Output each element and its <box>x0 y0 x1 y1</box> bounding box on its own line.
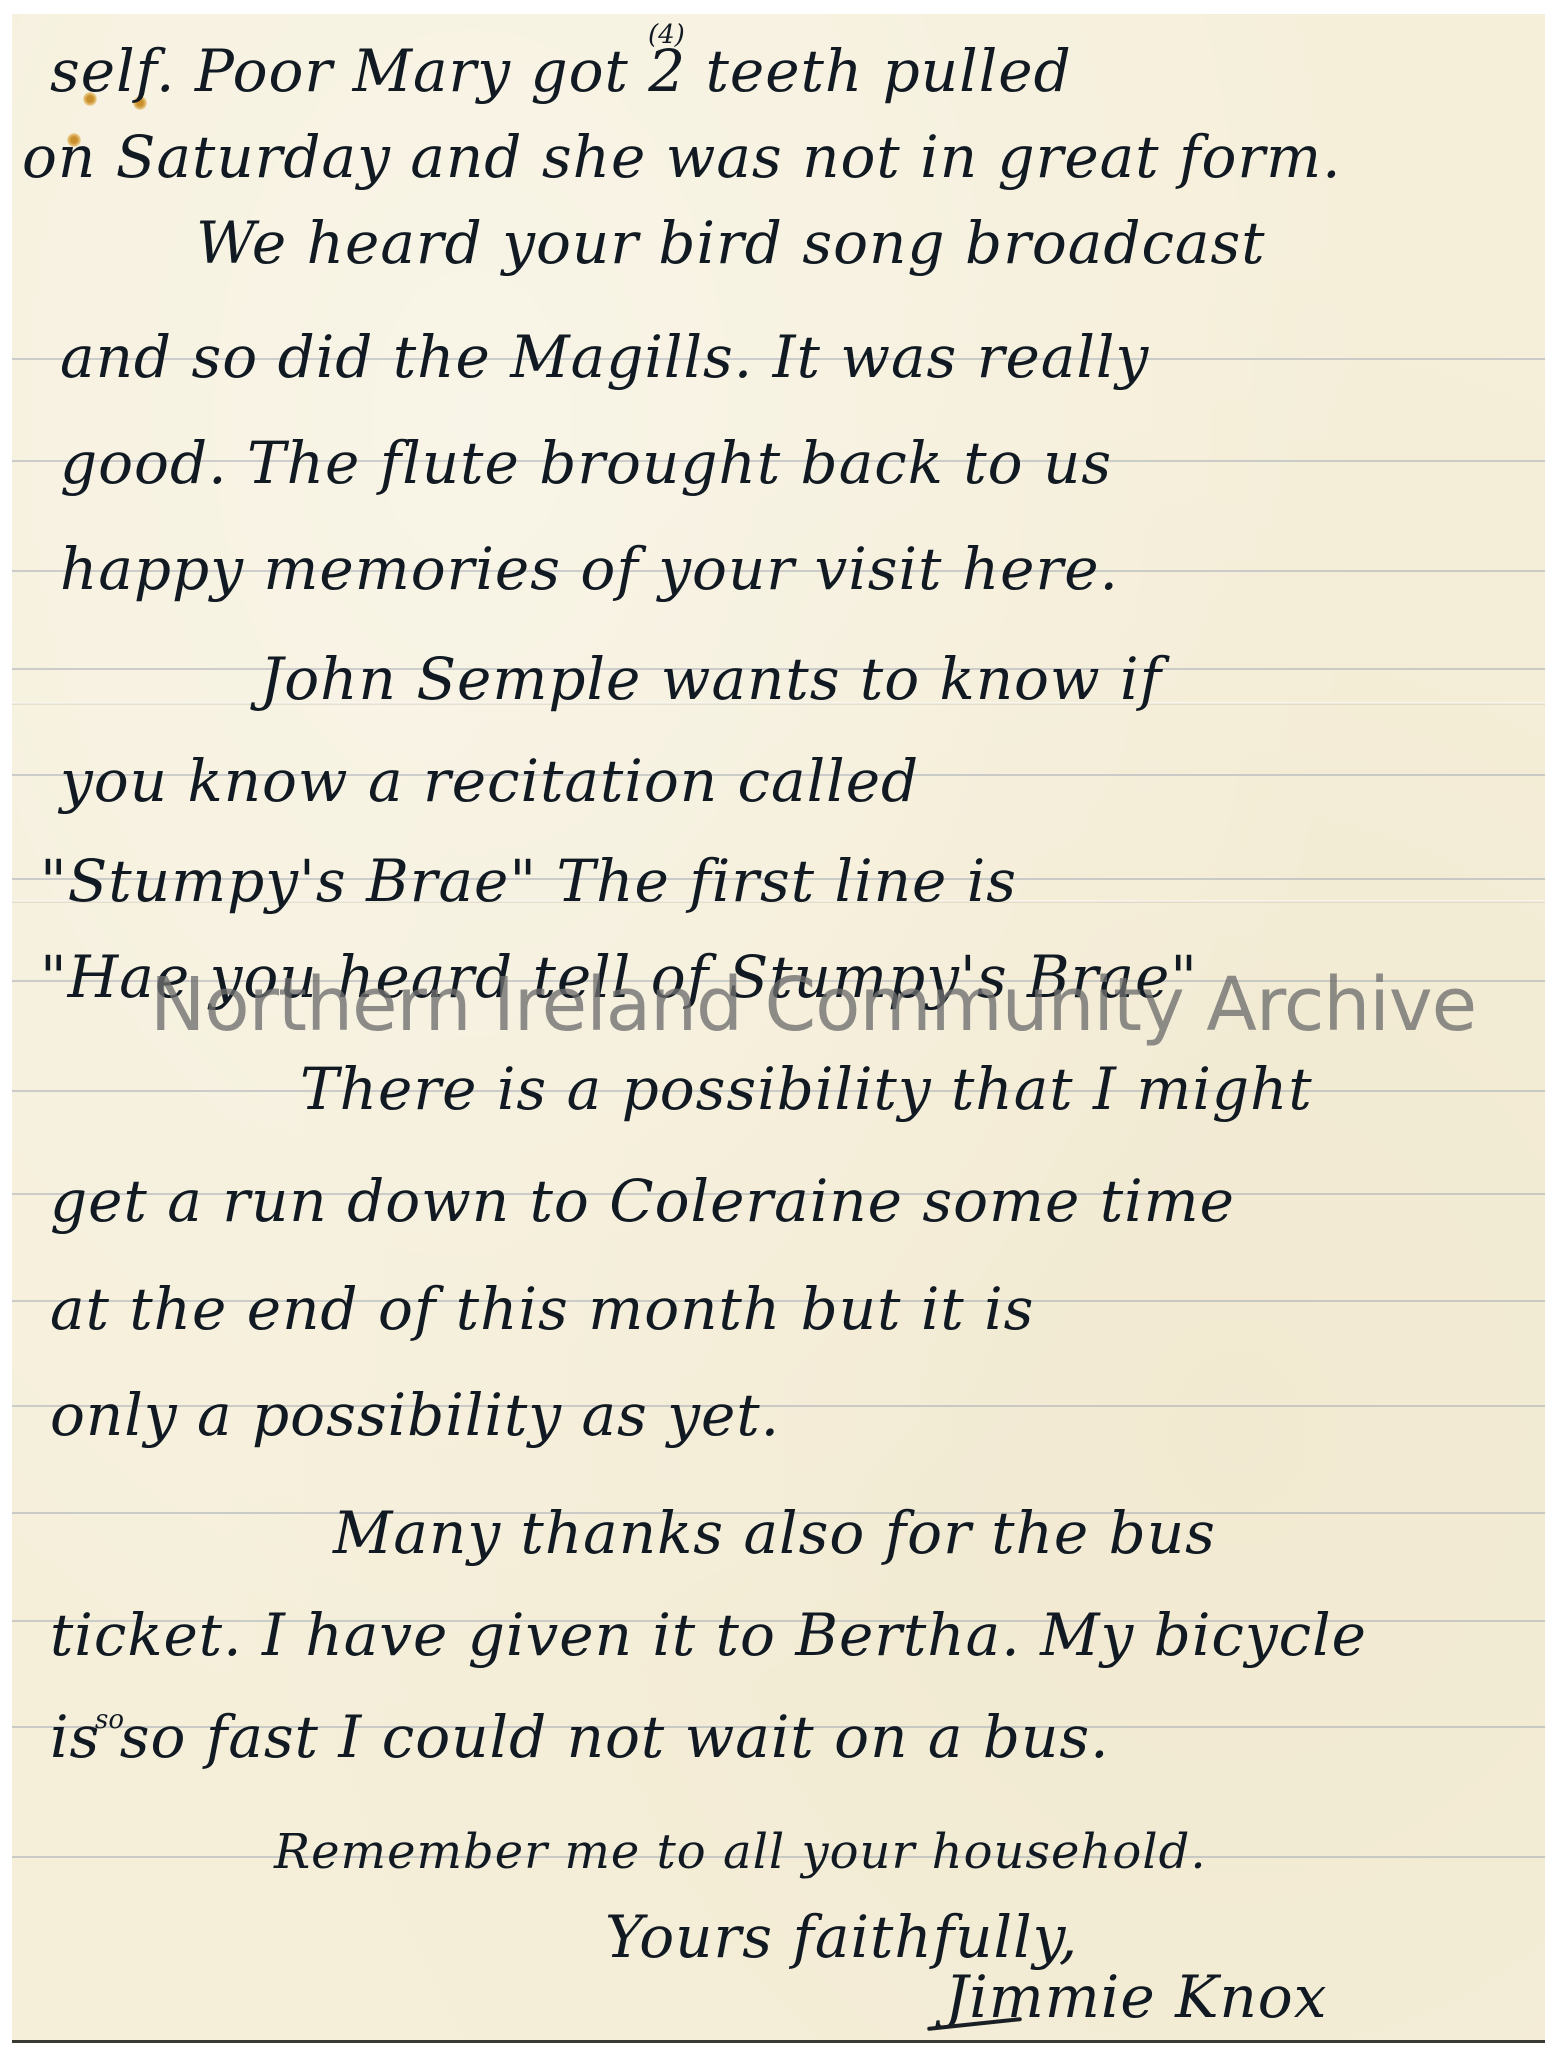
letter-line: Many thanks also for the bus <box>333 1504 1216 1562</box>
letter-line: is so fast I could not wait on a bus. <box>50 1708 1110 1766</box>
letter-line: happy memories of your visit here. <box>60 540 1119 598</box>
watermark: Northern Ireland Community Archive <box>150 962 1476 1048</box>
letter-line: self. Poor Mary got 2 teeth pulled <box>50 42 1072 100</box>
letter-line: and so did the Magills. It was really <box>60 328 1149 386</box>
letter-line: only a possibility as yet. <box>50 1386 780 1444</box>
letter-line: John Semple wants to know if <box>260 650 1162 708</box>
letter-line: good. The flute brought back to us <box>60 434 1112 492</box>
letter-line: get a run down to Coleraine some time <box>50 1172 1235 1230</box>
letter-line: you know a recitation called <box>60 752 919 810</box>
closing: Yours faithfully, <box>605 1908 1078 1966</box>
letter-line: Remember me to all your household. <box>274 1828 1207 1876</box>
letter-line: There is a possibility that I might <box>300 1060 1313 1118</box>
letter-line: on Saturday and she was not in great for… <box>22 128 1342 186</box>
letter-line: at the end of this month but it is <box>50 1280 1034 1338</box>
insertion-mark: so <box>95 1705 124 1735</box>
letter-line: We heard your bird song broadcast <box>196 214 1266 272</box>
signature: Jimmie Knox <box>945 1968 1327 2026</box>
letter-line: "Stumpy's Brae" The first line is <box>40 852 1017 910</box>
letter-line: ticket. I have given it to Bertha. My bi… <box>50 1606 1367 1664</box>
